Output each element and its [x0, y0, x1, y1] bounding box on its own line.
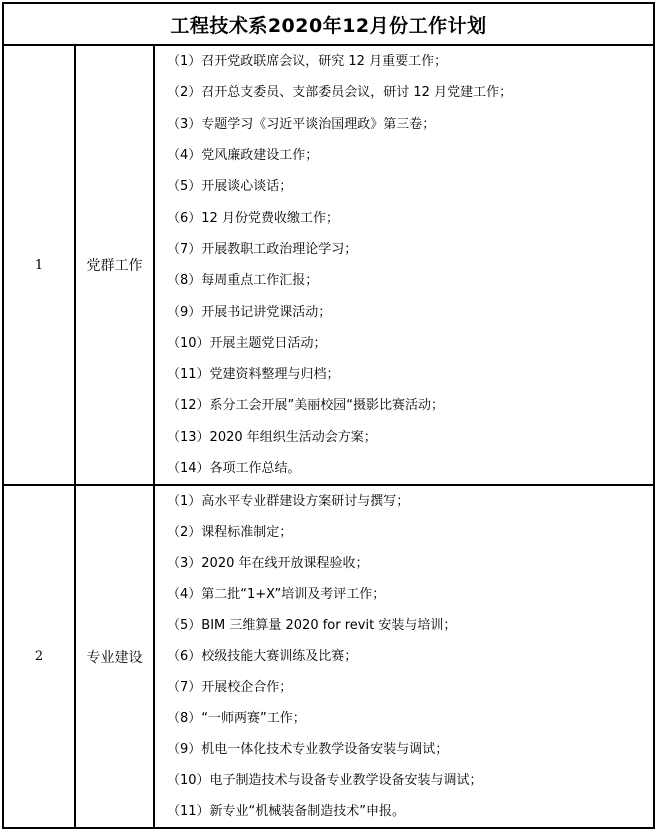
item-text: （12）系分工会开展”美丽校园“摄影比赛活动；: [167, 398, 444, 413]
list-item: （4）第二批“1+X”培训及考评工作；: [155, 579, 653, 610]
list-item: （4）党风廉政建设工作；: [155, 140, 653, 171]
item-text: （14）各项工作总结。: [167, 461, 301, 476]
item-text: （3）2020 年在线开放课程验收；: [167, 556, 369, 571]
list-item: （14）各项工作总结。: [155, 453, 653, 484]
list-item: （2）召开总支委员、支部委员会议，研讨 12 月党建工作；: [155, 77, 653, 108]
title-row: 工程技术系2020年12月份工作计划: [3, 3, 654, 45]
list-item: （6）校级技能大赛训练及比赛；: [155, 641, 653, 672]
list-item: （7）开展教职工政治理论学习；: [155, 234, 653, 265]
item-text: （3）专题学习《习近平谈治国理政》第三卷；: [167, 117, 435, 132]
list-item: （9）机电一体化技术专业教学设备安装与调试；: [155, 734, 653, 765]
item-text: （8）“一师两赛”工作；: [167, 711, 306, 726]
document-title: 工程技术系2020年12月份工作计划: [3, 3, 654, 45]
item-text: （10）电子制造技术与设备专业教学设备安装与调试；: [167, 773, 483, 788]
item-text: （5）开展谈心谈话；: [167, 179, 292, 194]
list-item: （10）开展主题党日活动；: [155, 328, 653, 359]
item-text: （6）校级技能大赛训练及比赛；: [167, 649, 357, 664]
list-item: （6）12 月份党费收缴工作；: [155, 202, 653, 233]
list-item: （10）电子制造技术与设备专业教学设备安装与调试；: [155, 765, 653, 796]
item-text: （5）BIM 三维算量 2020 for revit 安装与培训；: [167, 618, 456, 633]
section-number: 1: [3, 45, 75, 485]
item-text: （7）开展校企合作；: [167, 680, 292, 695]
work-plan-table: 工程技术系2020年12月份工作计划 1 党群工作 （1）召开党政联席会议，研究…: [2, 2, 655, 829]
item-text: （11）党建资料整理与归档；: [167, 367, 340, 382]
list-item: （1）召开党政联席会议，研究 12 月重要工作；: [155, 46, 653, 77]
item-list: （1）高水平专业群建设方案研讨与撰写； （2）课程标准制定； （3）2020 年…: [155, 486, 653, 827]
item-text: （7）开展教职工政治理论学习；: [167, 242, 357, 257]
list-item: （9）开展书记讲党课活动；: [155, 296, 653, 327]
item-text: （1）高水平专业群建设方案研讨与撰写；: [167, 494, 409, 509]
section-items: （1）召开党政联席会议，研究 12 月重要工作； （2）召开总支委员、支部委员会…: [154, 45, 654, 485]
item-text: （10）开展主题党日活动；: [167, 336, 327, 351]
list-item: （1）高水平专业群建设方案研讨与撰写；: [155, 486, 653, 517]
list-item: （5）开展谈心谈话；: [155, 171, 653, 202]
item-text: （1）召开党政联席会议，研究 12 月重要工作；: [167, 54, 447, 69]
list-item: （5）BIM 三维算量 2020 for revit 安装与培训；: [155, 610, 653, 641]
section-row-1: 1 党群工作 （1）召开党政联席会议，研究 12 月重要工作； （2）召开总支委…: [3, 45, 654, 485]
item-text: （13）2020 年组织生活动会方案；: [167, 430, 377, 445]
list-item: （3）2020 年在线开放课程验收；: [155, 548, 653, 579]
item-text: （11）新专业“机械装备制造技术”申报。: [167, 804, 405, 819]
item-text: （9）机电一体化技术专业教学设备安装与调试；: [167, 742, 448, 757]
item-text: （9）开展书记讲党课活动；: [167, 305, 331, 320]
item-text: （4）第二批“1+X”培训及考评工作；: [167, 587, 385, 602]
item-text: （2）课程标准制定；: [167, 525, 292, 540]
list-item: （11）新专业“机械装备制造技术”申报。: [155, 796, 653, 827]
section-number: 2: [3, 485, 75, 828]
list-item: （8）每周重点工作汇报；: [155, 265, 653, 296]
list-item: （8）“一师两赛”工作；: [155, 703, 653, 734]
list-item: （13）2020 年组织生活动会方案；: [155, 422, 653, 453]
section-category: 专业建设: [75, 485, 154, 828]
item-text: （8）每周重点工作汇报；: [167, 273, 318, 288]
section-row-2: 2 专业建设 （1）高水平专业群建设方案研讨与撰写； （2）课程标准制定； （3…: [3, 485, 654, 828]
item-list: （1）召开党政联席会议，研究 12 月重要工作； （2）召开总支委员、支部委员会…: [155, 46, 653, 484]
section-category: 党群工作: [75, 45, 154, 485]
list-item: （3）专题学习《习近平谈治国理政》第三卷；: [155, 109, 653, 140]
list-item: （11）党建资料整理与归档；: [155, 359, 653, 390]
item-text: （6）12 月份党费收缴工作；: [167, 211, 339, 226]
list-item: （2）课程标准制定；: [155, 517, 653, 548]
list-item: （7）开展校企合作；: [155, 672, 653, 703]
item-text: （4）党风廉政建设工作；: [167, 148, 318, 163]
section-items: （1）高水平专业群建设方案研讨与撰写； （2）课程标准制定； （3）2020 年…: [154, 485, 654, 828]
item-text: （2）召开总支委员、支部委员会议，研讨 12 月党建工作；: [167, 85, 512, 100]
list-item: （12）系分工会开展”美丽校园“摄影比赛活动；: [155, 390, 653, 421]
